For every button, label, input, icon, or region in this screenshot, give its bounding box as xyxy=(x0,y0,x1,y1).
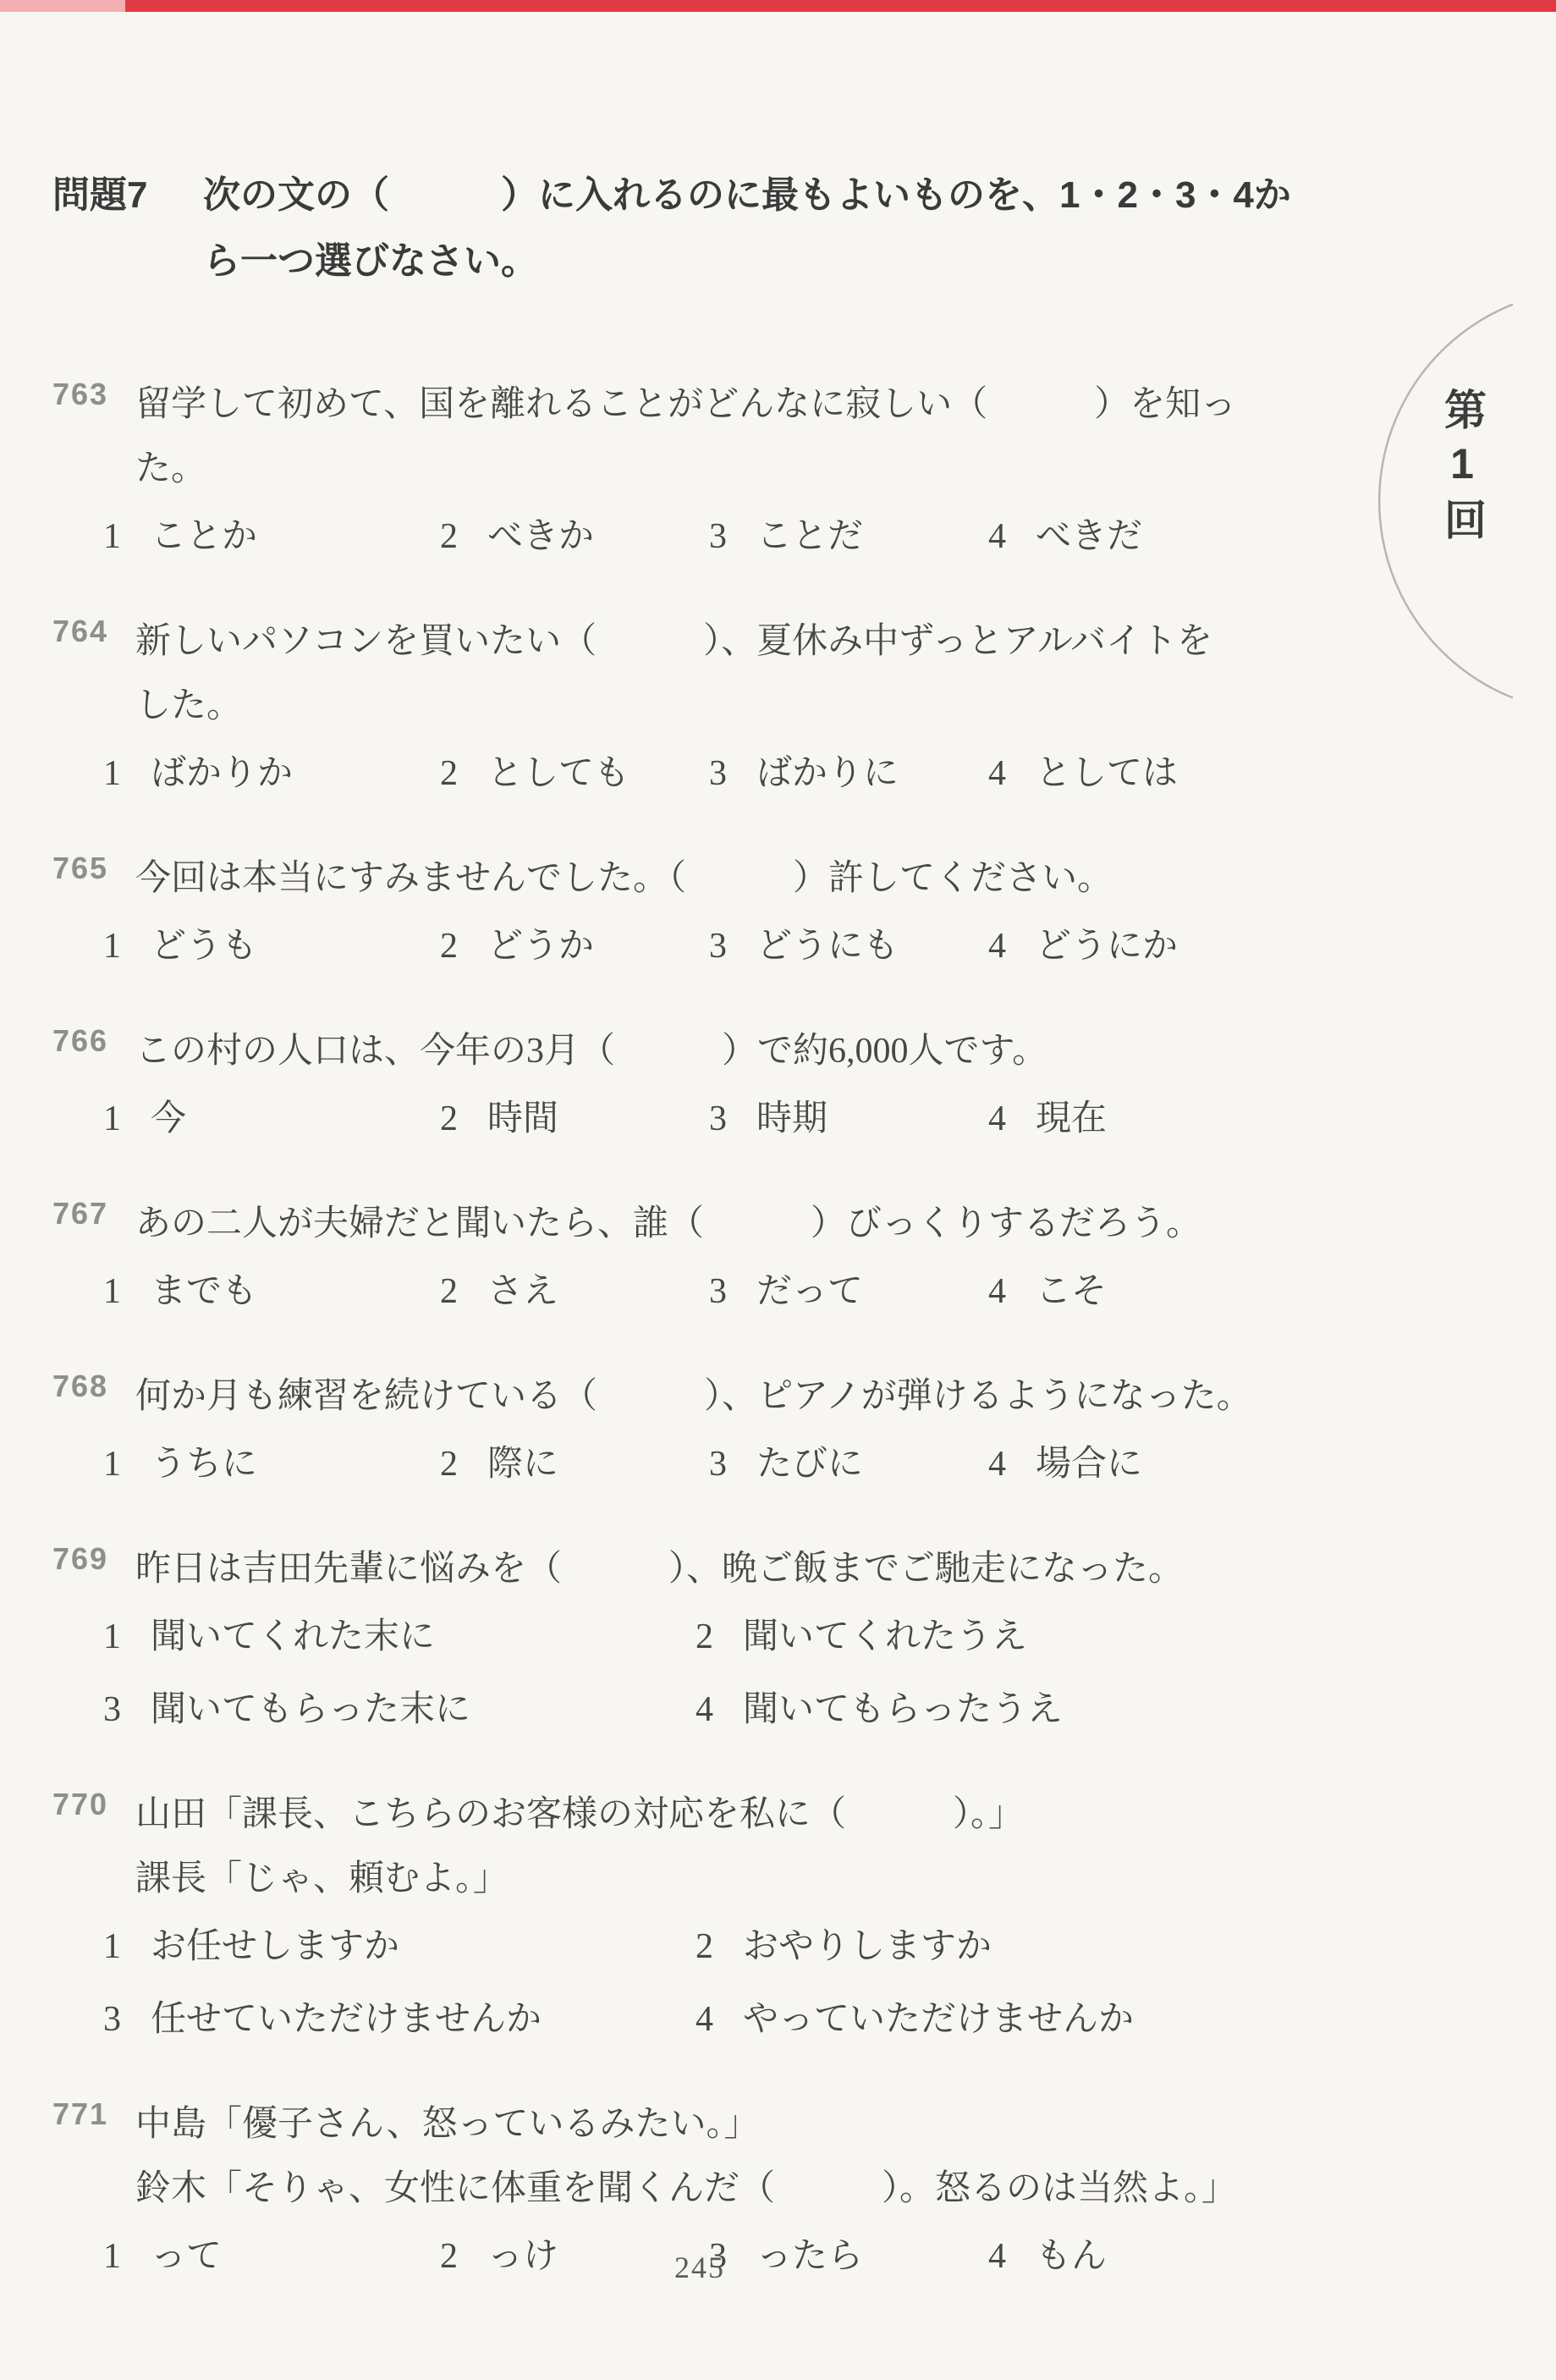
question-number: 765 xyxy=(52,853,108,884)
question-line: あの二人が夫婦だと聞いたら、誰（ ）びっくりするだろう。 xyxy=(135,1192,1347,1256)
option-text: べきか xyxy=(487,517,594,556)
option-number: 3 xyxy=(709,1087,734,1151)
option-item: 3たびに xyxy=(709,1432,988,1496)
option-text: どうにも xyxy=(756,927,899,966)
page-content: 問題7 次の文の（ ）に入れるのに最もよいものを、1・2・3・4か ら一つ選びな… xyxy=(52,163,1347,2329)
option-text: 聞いてくれた末に xyxy=(151,1617,435,1656)
problem-label: 問題7 xyxy=(52,163,203,295)
instruction-line-1: 次の文の（ ）に入れるのに最もよいものを、1・2・3・4か xyxy=(203,163,1291,229)
option-number: 2 xyxy=(440,741,465,806)
option-text: 現在 xyxy=(1036,1099,1107,1138)
option-item: 2時間 xyxy=(440,1087,709,1151)
question-number: 770 xyxy=(52,1789,108,1820)
option-number: 3 xyxy=(709,1259,734,1324)
option-number: 1 xyxy=(103,1087,129,1151)
question-number: 768 xyxy=(52,1371,108,1402)
option-number: 4 xyxy=(988,1087,1014,1151)
option-text: どうも xyxy=(151,927,257,966)
question-item: 764 新しいパソコンを買いたい（ ）、夏休み中ずっとアルバイトをした。 1ばか… xyxy=(52,609,1347,806)
option-text: ばかりか xyxy=(151,754,293,793)
option-number: 2 xyxy=(696,1914,721,1979)
option-number: 2 xyxy=(440,914,465,978)
option-text: までも xyxy=(151,1272,257,1311)
option-text: 聞いてもらった末に xyxy=(151,1690,470,1729)
question-number: 766 xyxy=(52,1026,108,1056)
options-row: 1お任せしますか2おやりしますか3任せていただけませんか4やっていただけませんか xyxy=(103,1914,1347,2052)
option-text: どうか xyxy=(487,927,594,966)
option-item: 3聞いてもらった末に xyxy=(103,1678,696,1742)
question-line: 何か月も練習を続けている（ ）、ピアノが弾けるようになった。 xyxy=(135,1364,1347,1429)
option-item: 2どうか xyxy=(440,914,709,978)
question-number: 764 xyxy=(52,616,108,647)
option-number: 3 xyxy=(103,1987,129,2052)
question-item: 770 山田「課長、こちらのお客様の対応を私に（ ）。」課長「じゃ、頼むよ。」 … xyxy=(52,1782,1347,2052)
option-text: としては xyxy=(1036,754,1178,793)
option-item: 2さえ xyxy=(440,1259,709,1324)
option-text: 時間 xyxy=(487,1099,558,1138)
option-item: 1聞いてくれた末に xyxy=(103,1605,696,1669)
option-number: 4 xyxy=(988,1259,1014,1324)
option-item: 2としても xyxy=(440,741,709,806)
question-number: 767 xyxy=(52,1198,108,1229)
option-text: 際に xyxy=(487,1445,558,1484)
option-item: 4やっていただけませんか xyxy=(696,1987,1347,2052)
option-text: やっていただけませんか xyxy=(743,2000,1134,2039)
option-item: 3ことだ xyxy=(709,504,988,569)
option-number: 2 xyxy=(440,1432,465,1496)
option-text: ことか xyxy=(151,517,257,556)
question-line: 課長「じゃ、頼むよ。」 xyxy=(135,1847,1347,1911)
option-text: 場合に xyxy=(1036,1445,1142,1484)
option-item: 4どうにか xyxy=(988,914,1347,978)
option-item: 4現在 xyxy=(988,1087,1347,1151)
option-number: 1 xyxy=(103,1914,129,1979)
option-number: 4 xyxy=(988,504,1014,569)
option-item: 1までも xyxy=(103,1259,440,1324)
option-item: 3時期 xyxy=(709,1087,988,1151)
option-number: 3 xyxy=(709,741,734,806)
option-number: 4 xyxy=(696,1678,721,1742)
option-text: うちに xyxy=(151,1445,257,1484)
option-text: 今 xyxy=(151,1099,186,1138)
option-item: 3ばかりに xyxy=(709,741,988,806)
question-line: した。 xyxy=(135,674,1347,738)
option-number: 1 xyxy=(103,1605,129,1669)
scanned-test-page: 第1回 問題7 次の文の（ ）に入れるのに最もよいものを、1・2・3・4か ら一… xyxy=(0,0,1556,2380)
option-text: おやりしますか xyxy=(743,1927,992,1966)
option-text: さえ xyxy=(487,1272,558,1311)
page-number: 245 xyxy=(52,2250,1347,2285)
option-text: 時期 xyxy=(756,1099,827,1138)
question-item: 763 留学して初めて、国を離れることがどんなに寂しい（ ）を知った。 1ことか… xyxy=(52,372,1347,569)
option-text: としても xyxy=(487,754,630,793)
question-line: 中島「優子さん、怒っているみたい。」 xyxy=(135,2092,1347,2157)
question-item: 765 今回は本当にすみませんでした。（ ）許してください。 1どうも2どうか3… xyxy=(52,846,1347,978)
option-number: 1 xyxy=(103,741,129,806)
option-number: 4 xyxy=(988,741,1014,806)
question-text: 昨日は吉田先輩に悩みを（ ）、晩ご飯までご馳走になった。 xyxy=(135,1537,1347,1601)
options-row: 1どうも2どうか3どうにも4どうにか xyxy=(103,914,1347,978)
options-row: 1ことか2べきか3ことだ4べきだ xyxy=(103,504,1347,569)
question-text: 中島「優子さん、怒っているみたい。」鈴木「そりゃ、女性に体重を聞くんだ（ ）。怒… xyxy=(135,2092,1347,2221)
question-line: 今回は本当にすみませんでした。（ ）許してください。 xyxy=(135,846,1347,911)
option-number: 3 xyxy=(103,1678,129,1742)
question-number: 763 xyxy=(52,379,108,410)
question-number: 771 xyxy=(52,2099,108,2129)
option-item: 4こそ xyxy=(988,1259,1347,1324)
option-text: 聞いてくれたうえ xyxy=(743,1617,1027,1656)
round-number-tab: 第1回 xyxy=(1363,298,1556,704)
question-item: 767 あの二人が夫婦だと聞いたら、誰（ ）びっくりするだろう。 1までも2さえ… xyxy=(52,1192,1347,1324)
option-item: 4場合に xyxy=(988,1432,1347,1496)
question-line: 新しいパソコンを買いたい（ ）、夏休み中ずっとアルバイトを xyxy=(135,609,1347,674)
option-text: 聞いてもらったうえ xyxy=(743,1690,1063,1729)
question-list: 763 留学して初めて、国を離れることがどんなに寂しい（ ）を知った。 1ことか… xyxy=(52,372,1347,2289)
option-item: 2際に xyxy=(440,1432,709,1496)
option-number: 2 xyxy=(440,1087,465,1151)
option-number: 1 xyxy=(103,504,129,569)
option-item: 1お任せしますか xyxy=(103,1914,696,1979)
option-text: 任せていただけませんか xyxy=(151,2000,542,2039)
question-text: 何か月も練習を続けている（ ）、ピアノが弾けるようになった。 xyxy=(135,1364,1347,1429)
option-number: 2 xyxy=(440,1259,465,1324)
tab-label: 第1回 xyxy=(1441,388,1483,550)
option-number: 4 xyxy=(988,1432,1014,1496)
option-item: 1ばかりか xyxy=(103,741,440,806)
option-item: 1ことか xyxy=(103,504,440,569)
option-item: 3任せていただけませんか xyxy=(103,1987,696,2052)
option-item: 1今 xyxy=(103,1087,440,1151)
options-row: 1聞いてくれた末に2聞いてくれたうえ3聞いてもらった末に4聞いてもらったうえ xyxy=(103,1605,1347,1742)
question-number: 769 xyxy=(52,1544,108,1574)
question-item: 766 この村の人口は、今年の3月（ ）で約6,000人です。 1今2時間3時期… xyxy=(52,1019,1347,1151)
option-item: 4べきだ xyxy=(988,504,1347,569)
option-text: べきだ xyxy=(1036,517,1142,556)
option-text: ことだ xyxy=(756,517,863,556)
option-number: 3 xyxy=(709,504,734,569)
option-item: 1どうも xyxy=(103,914,440,978)
option-text: どうにか xyxy=(1036,927,1178,966)
top-edge-bar xyxy=(0,0,1556,12)
options-row: 1今2時間3時期4現在 xyxy=(103,1087,1347,1151)
question-line: 鈴木「そりゃ、女性に体重を聞くんだ（ ）。怒るのは当然よ。」 xyxy=(135,2157,1347,2221)
instruction-line-2: ら一つ選びなさい。 xyxy=(203,229,1291,295)
option-text: お任せしますか xyxy=(151,1927,399,1966)
option-number: 3 xyxy=(709,1432,734,1496)
question-text: この村の人口は、今年の3月（ ）で約6,000人です。 xyxy=(135,1019,1347,1083)
option-number: 1 xyxy=(103,914,129,978)
question-item: 769 昨日は吉田先輩に悩みを（ ）、晩ご飯までご馳走になった。 1聞いてくれた… xyxy=(52,1537,1347,1742)
option-number: 2 xyxy=(440,504,465,569)
option-text: こそ xyxy=(1036,1272,1107,1311)
problem-header: 問題7 次の文の（ ）に入れるのに最もよいものを、1・2・3・4か ら一つ選びな… xyxy=(52,163,1347,295)
option-item: 4聞いてもらったうえ xyxy=(696,1678,1347,1742)
question-line: た。 xyxy=(135,437,1347,501)
question-line: 昨日は吉田先輩に悩みを（ ）、晩ご飯までご馳走になった。 xyxy=(135,1537,1347,1601)
option-number: 2 xyxy=(696,1605,721,1669)
question-line: 留学して初めて、国を離れることがどんなに寂しい（ ）を知っ xyxy=(135,372,1347,437)
option-number: 4 xyxy=(696,1987,721,2052)
question-text: 山田「課長、こちらのお客様の対応を私に（ ）。」課長「じゃ、頼むよ。」 xyxy=(135,1782,1347,1911)
question-line: この村の人口は、今年の3月（ ）で約6,000人です。 xyxy=(135,1019,1347,1083)
options-row: 1までも2さえ3だって4こそ xyxy=(103,1259,1347,1324)
option-item: 4としては xyxy=(988,741,1347,806)
question-text: あの二人が夫婦だと聞いたら、誰（ ）びっくりするだろう。 xyxy=(135,1192,1347,1256)
option-item: 3どうにも xyxy=(709,914,988,978)
option-text: たびに xyxy=(756,1445,863,1484)
option-item: 1うちに xyxy=(103,1432,440,1496)
problem-instruction: 次の文の（ ）に入れるのに最もよいものを、1・2・3・4か ら一つ選びなさい。 xyxy=(203,163,1291,295)
option-item: 3だって xyxy=(709,1259,988,1324)
question-line: 山田「課長、こちらのお客様の対応を私に（ ）。」 xyxy=(135,1782,1347,1847)
question-text: 今回は本当にすみませんでした。（ ）許してください。 xyxy=(135,846,1347,911)
option-item: 2聞いてくれたうえ xyxy=(696,1605,1347,1669)
option-number: 3 xyxy=(709,914,734,978)
option-number: 4 xyxy=(988,914,1014,978)
option-item: 2べきか xyxy=(440,504,709,569)
option-item: 2おやりしますか xyxy=(696,1914,1347,1979)
option-number: 1 xyxy=(103,1259,129,1324)
options-row: 1うちに2際に3たびに4場合に xyxy=(103,1432,1347,1496)
question-text: 新しいパソコンを買いたい（ ）、夏休み中ずっとアルバイトをした。 xyxy=(135,609,1347,738)
option-text: ばかりに xyxy=(756,754,899,793)
question-item: 768 何か月も練習を続けている（ ）、ピアノが弾けるようになった。 1うちに2… xyxy=(52,1364,1347,1496)
top-edge-bar-left-segment xyxy=(0,0,125,12)
option-number: 1 xyxy=(103,1432,129,1496)
options-row: 1ばかりか2としても3ばかりに4としては xyxy=(103,741,1347,806)
question-text: 留学して初めて、国を離れることがどんなに寂しい（ ）を知った。 xyxy=(135,372,1347,501)
option-text: だって xyxy=(756,1272,863,1311)
